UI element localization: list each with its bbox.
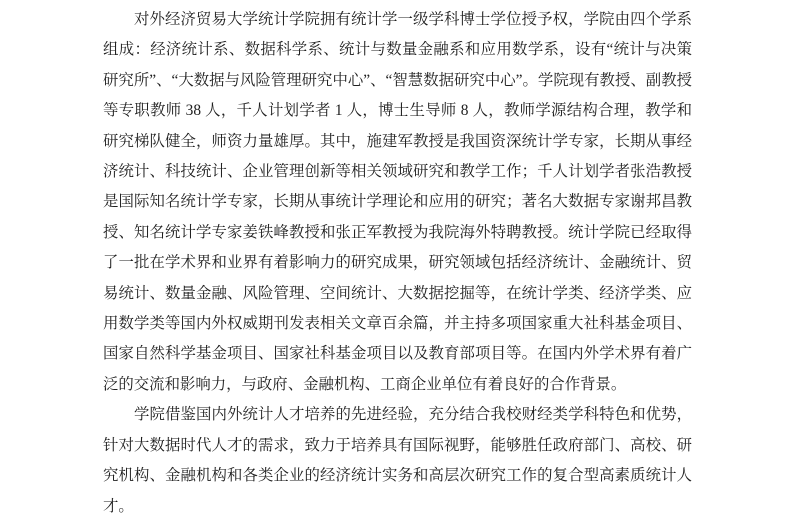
document-body: 对外经济贸易大学统计学院拥有统计学一级学科博士学位授予权，学院由四个学系组成：经… bbox=[103, 5, 692, 522]
paragraph-college-intro: 对外经济贸易大学统计学院拥有统计学一级学科博士学位授予权，学院由四个学系组成：经… bbox=[103, 5, 692, 400]
paragraph-talent-cultivation: 学院借鉴国内外统计人才培养的先进经验，充分结合我校财经类学科特色和优势，针对大数… bbox=[103, 400, 692, 522]
document-page: 对外经济贸易大学统计学院拥有统计学一级学科博士学位授予权，学院由四个学系组成：经… bbox=[0, 0, 794, 528]
